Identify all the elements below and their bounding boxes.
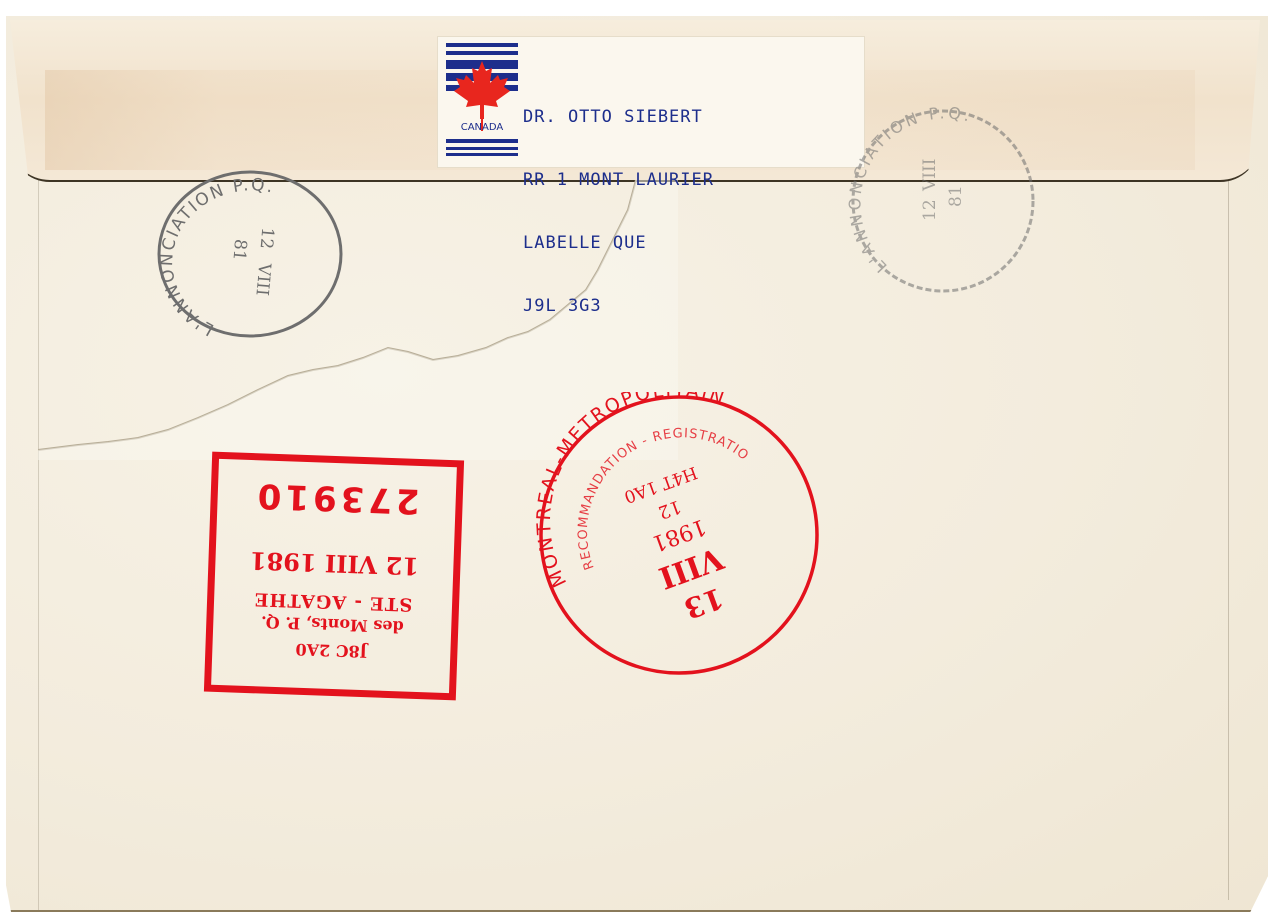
svg-text:VIII: VIII xyxy=(920,159,940,192)
registration-circle-stamp: MONTREAL-METROPOLITAIN RECOMMANDATION - … xyxy=(536,392,822,678)
canada-maple-leaf-logo: CANADA xyxy=(446,43,518,157)
return-address-label: CANADA DR. OTTO SIEBERT RR 1 MONT LAURIE… xyxy=(437,36,865,168)
right-side-fold xyxy=(1228,180,1265,900)
svg-text:12: 12 xyxy=(920,199,940,221)
address-line-city: LABELLE QUE xyxy=(523,233,714,254)
address-line-route: RR 1 MONT LAURIER xyxy=(523,170,714,191)
svg-text:CANADA: CANADA xyxy=(461,122,504,133)
left-side-fold xyxy=(6,180,39,910)
postmark-lannonciation-faint: L'ANNONCIATION P.Q. 12 VIII 81 xyxy=(848,106,1038,296)
circle-hour: 12 xyxy=(655,495,684,523)
address-line-postal: J9L 3G3 xyxy=(523,296,714,317)
circle-postal-code: H4T 1A0 xyxy=(621,462,700,507)
postmark-lannonciation: L'ANNONCIATION P.Q. 12 VIII 81 xyxy=(155,168,345,340)
postmark-day: 12 xyxy=(256,227,278,250)
postmark-year: 81 xyxy=(228,238,250,261)
return-address: DR. OTTO SIEBERT RR 1 MONT LAURIER LABEL… xyxy=(523,65,714,359)
address-line-name: DR. OTTO SIEBERT xyxy=(523,107,714,128)
svg-text:L'ANNONCIATION P.Q.: L'ANNONCIATION P.Q. xyxy=(157,175,276,339)
postmark-month: VIII xyxy=(251,261,274,296)
svg-text:81: 81 xyxy=(946,185,966,207)
registration-box-stamp: J8C 2A0 des Monts, P. Q. STE - AGATHE 12… xyxy=(204,452,464,701)
